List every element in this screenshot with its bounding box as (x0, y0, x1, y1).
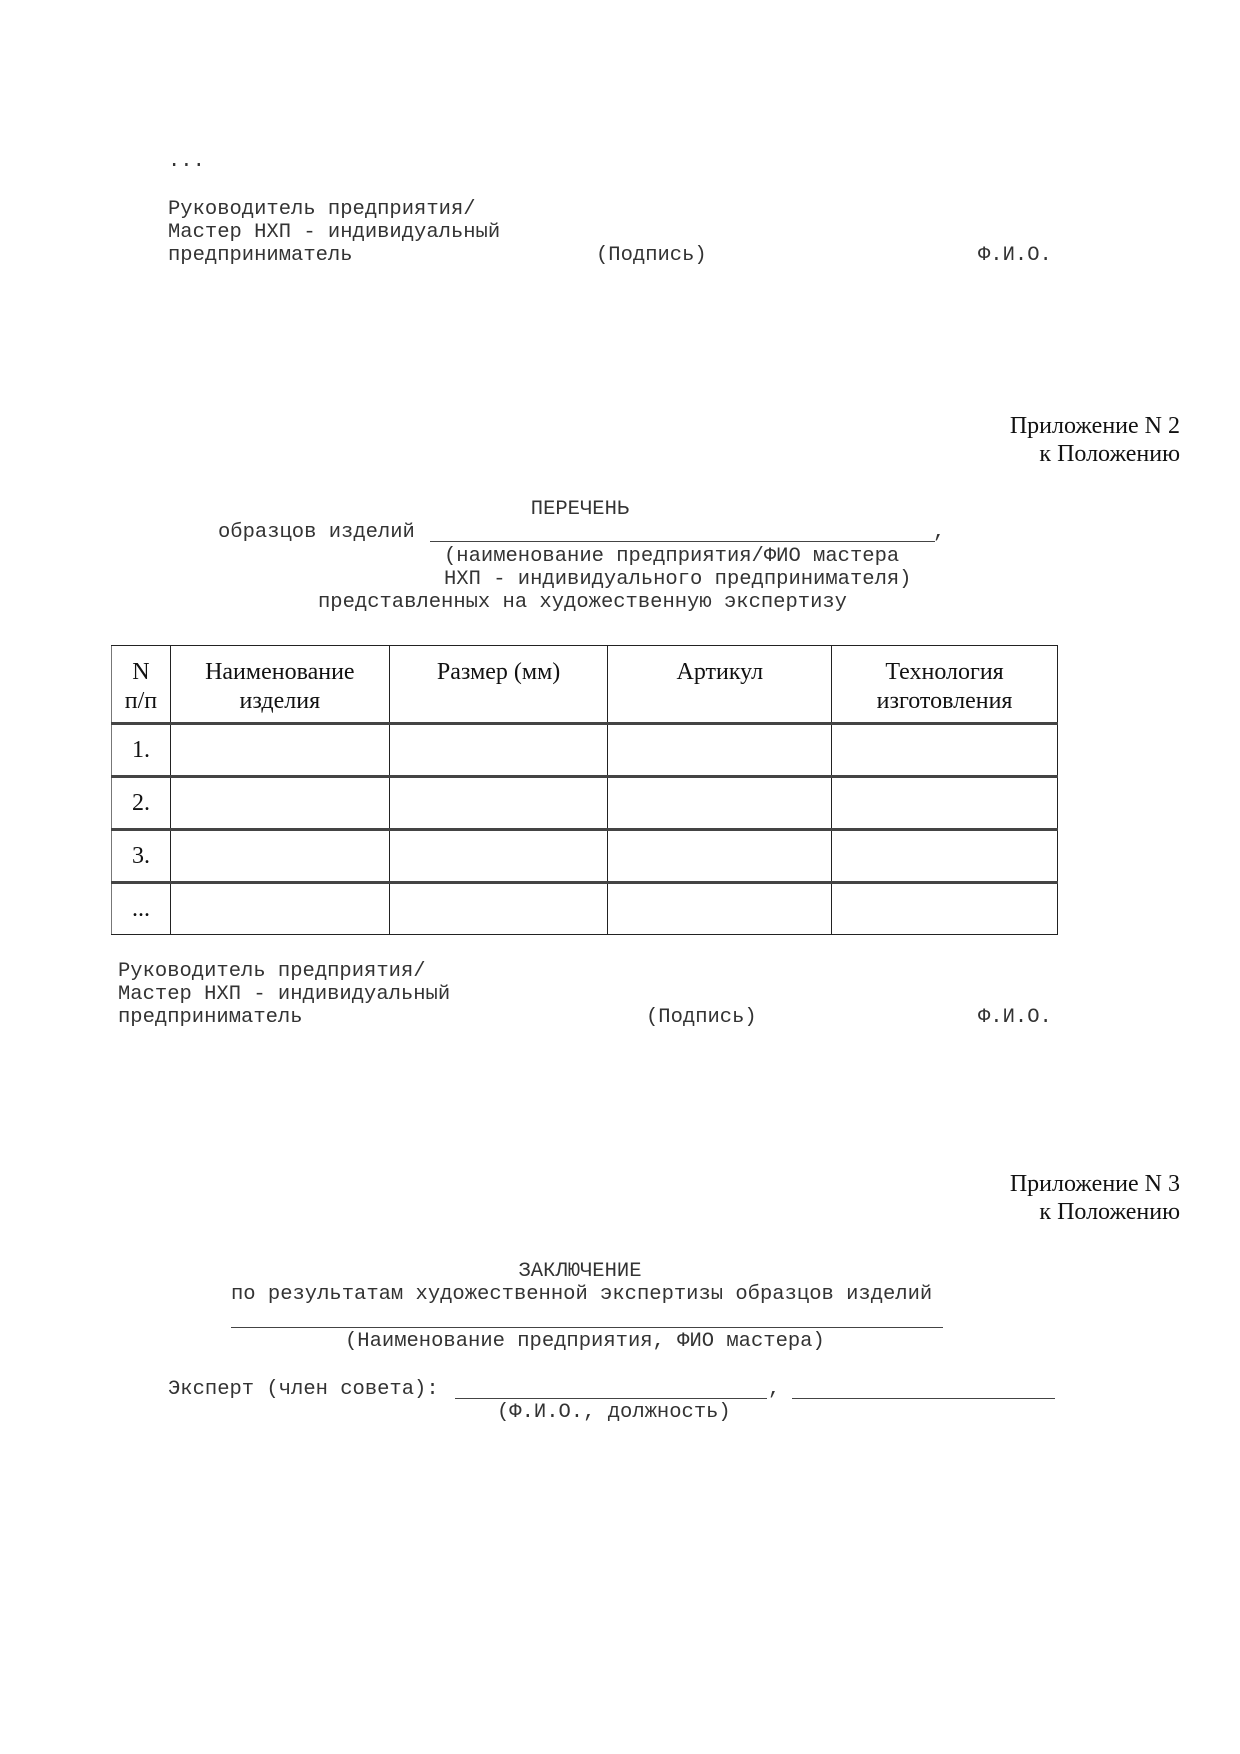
list-line-prefix: образцов изделий (218, 521, 415, 544)
cell-technology[interactable] (832, 830, 1058, 883)
column-header-number: Nп/п (112, 646, 171, 724)
cell-number: ... (112, 883, 171, 935)
cell-number: 2. (112, 777, 171, 830)
cell-technology[interactable] (832, 724, 1058, 777)
cell-size[interactable] (389, 724, 608, 777)
enterprise-name-blank[interactable] (231, 1327, 943, 1328)
signer-line-1: Руководитель предприятия/ (168, 198, 476, 221)
fio-label: Ф.И.О. (978, 1006, 1052, 1029)
cell-number: 3. (112, 830, 171, 883)
cell-technology[interactable] (832, 777, 1058, 830)
appendix-2-title: Приложение N 2 (1010, 412, 1180, 440)
cell-name[interactable] (170, 777, 389, 830)
cell-size[interactable] (389, 777, 608, 830)
cell-name[interactable] (170, 830, 389, 883)
enterprise-name-blank[interactable] (430, 541, 935, 542)
column-header-technology: Технологияизготовления (832, 646, 1058, 724)
appendix-2-header: Приложение N 2 к Положению (1010, 412, 1180, 468)
expert-name-blank[interactable] (455, 1398, 767, 1399)
expert-label: Эксперт (член совета): (168, 1378, 439, 1401)
appendix-3-subtitle: к Положению (1010, 1198, 1180, 1226)
fio-label: Ф.И.О. (978, 244, 1052, 267)
cell-size[interactable] (389, 830, 608, 883)
cell-name[interactable] (170, 724, 389, 777)
column-header-article: Артикул (608, 646, 832, 724)
signature-label: (Подпись) (596, 244, 707, 267)
conclusion-subheading: по результатам художественной экспертизы… (231, 1283, 932, 1306)
list-line-comma: , (933, 521, 945, 544)
list-heading: ПЕРЕЧЕНЬ (0, 498, 1160, 521)
signer-line-1: Руководитель предприятия/ (118, 960, 426, 983)
cell-article[interactable] (608, 830, 832, 883)
cell-number: 1. (112, 724, 171, 777)
signer-line-2: Мастер НХП - индивидуальный (118, 983, 450, 1006)
list-hint-line-2: НХП - индивидуального предпринимателя) (444, 568, 911, 591)
table-row: 3. (112, 830, 1058, 883)
cell-article[interactable] (608, 724, 832, 777)
ellipsis-text: ... (168, 150, 205, 173)
expert-position-blank[interactable] (792, 1398, 1055, 1399)
column-header-name: Наименованиеизделия (170, 646, 389, 724)
signer-line-3: предприниматель (168, 244, 353, 267)
signer-line-2: Мастер НХП - индивидуальный (168, 221, 500, 244)
list-line-final: представленных на художественную эксперт… (318, 591, 847, 614)
cell-size[interactable] (389, 883, 608, 935)
signer-line-3: предприниматель (118, 1006, 303, 1029)
table-row: ... (112, 883, 1058, 935)
cell-technology[interactable] (832, 883, 1058, 935)
appendix-3-title: Приложение N 3 (1010, 1170, 1180, 1198)
table-row: 2. (112, 777, 1058, 830)
list-hint-line-1: (наименование предприятия/ФИО мастера (444, 545, 899, 568)
column-header-size: Размер (мм) (389, 646, 608, 724)
table-header-row: Nп/п Наименованиеизделия Размер (мм) Арт… (112, 646, 1058, 724)
conclusion-heading: ЗАКЛЮЧЕНИЕ (0, 1260, 1160, 1283)
expert-separator: , (768, 1378, 780, 1401)
cell-article[interactable] (608, 777, 832, 830)
enterprise-hint: (Наименование предприятия, ФИО мастера) (345, 1330, 825, 1353)
cell-article[interactable] (608, 883, 832, 935)
items-table: Nп/п Наименованиеизделия Размер (мм) Арт… (111, 645, 1058, 935)
appendix-3-header: Приложение N 3 к Положению (1010, 1170, 1180, 1226)
table-row: 1. (112, 724, 1058, 777)
signature-label: (Подпись) (646, 1006, 757, 1029)
cell-name[interactable] (170, 883, 389, 935)
appendix-2-subtitle: к Положению (1010, 440, 1180, 468)
expert-hint: (Ф.И.О., должность) (497, 1401, 731, 1424)
